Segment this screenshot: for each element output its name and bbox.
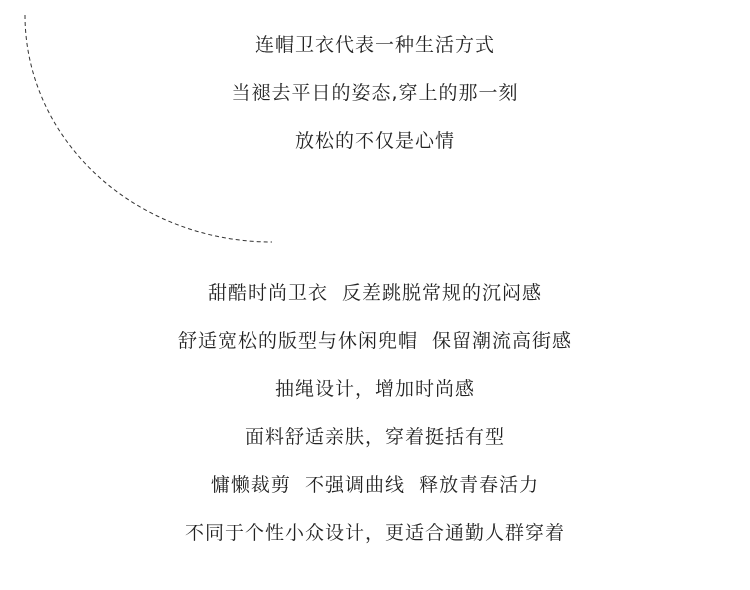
intro-line-1: 连帽卫衣代表一种生活方式 [0,33,750,57]
feature-line-1: 甜酷时尚卫衣 反差跳脱常规的沉闷感 [0,281,750,305]
feature-line-4: 面料舒适亲肤，穿着挺括有型 [0,425,750,449]
feature-line-5: 慵懒裁剪 不强调曲线 释放青春活力 [0,473,750,497]
feature-line-3: 抽绳设计，增加时尚感 [0,377,750,401]
intro-line-2: 当褪去平日的姿态,穿上的那一刻 [0,81,750,105]
feature-line-2: 舒适宽松的版型与休闲兜帽 保留潮流高街感 [0,329,750,353]
intro-line-3: 放松的不仅是心情 [0,129,750,153]
feature-line-6: 不同于个性小众设计，更适合通勤人群穿着 [0,521,750,545]
